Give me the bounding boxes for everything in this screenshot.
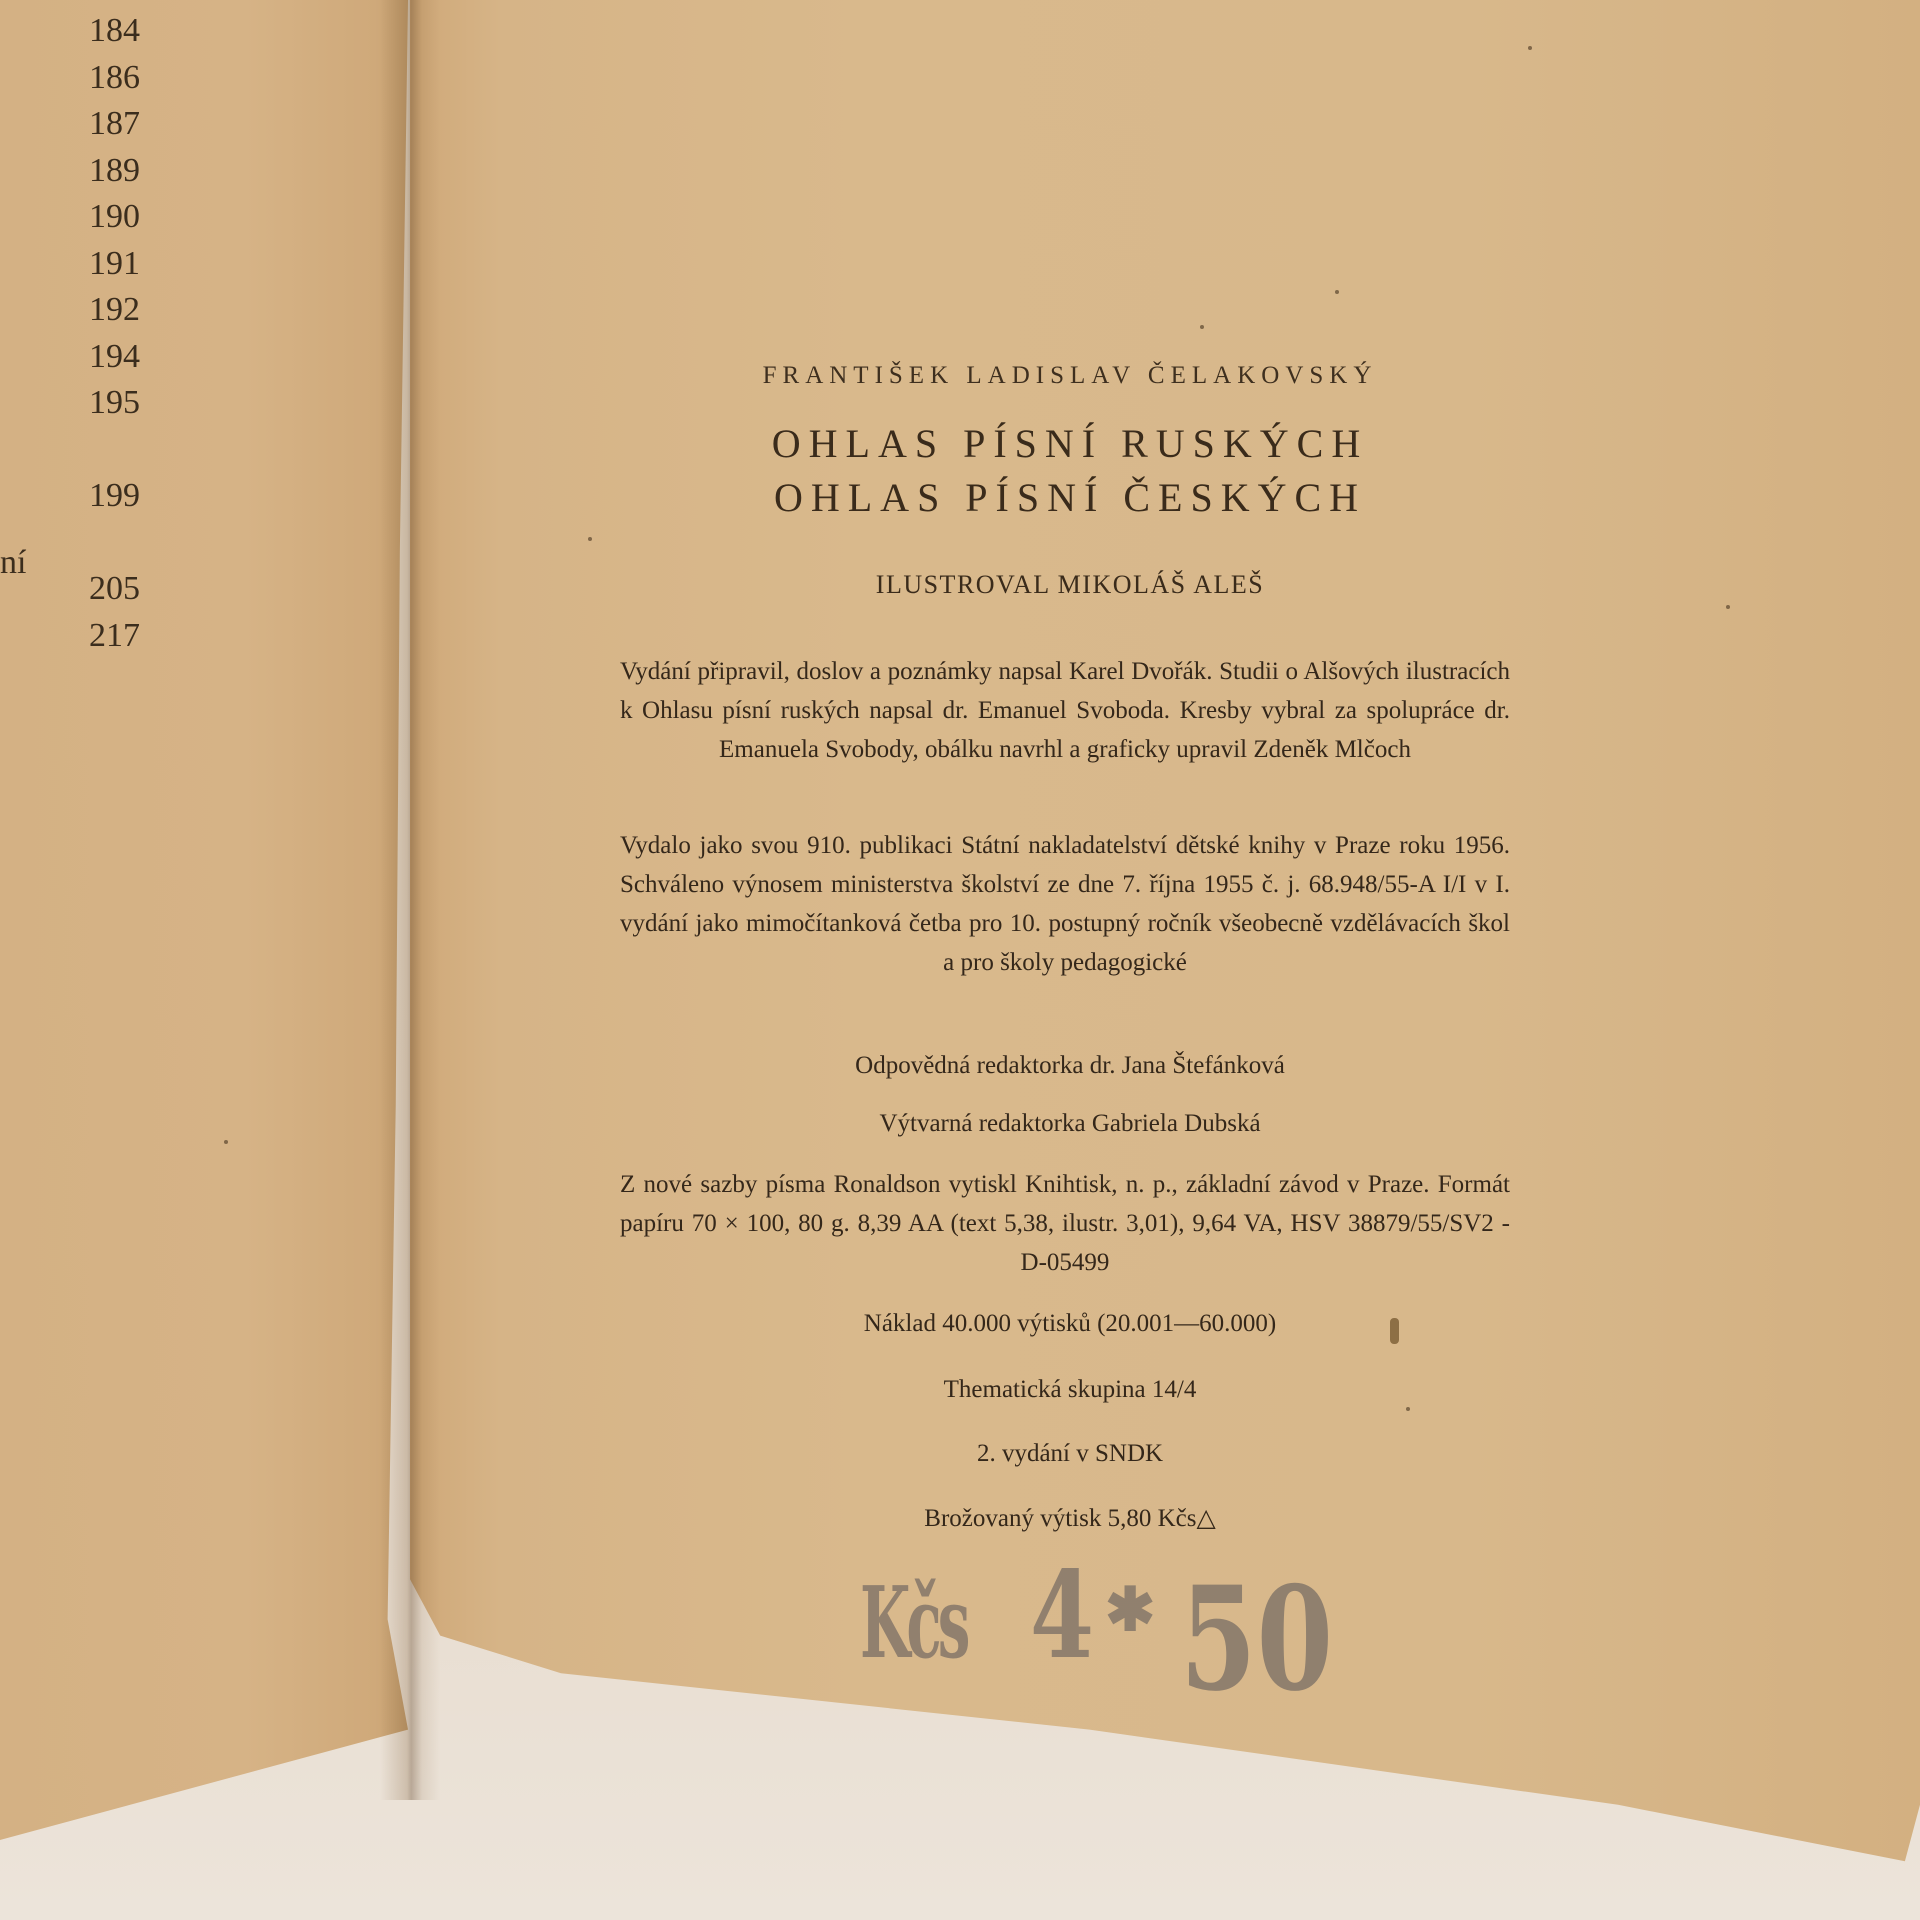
print-run: Náklad 40.000 výtisků (20.001—60.000) bbox=[600, 1310, 1540, 1338]
toc-page-number: 191 bbox=[0, 241, 140, 288]
book-title-line-1: OHLAS PÍSNÍ RUSKÝCH bbox=[600, 420, 1540, 467]
responsible-editor: Odpovědná redaktorka dr. Jana Štefánková bbox=[600, 1052, 1540, 1080]
stamp-whole: 4 bbox=[1030, 1545, 1094, 1685]
author-name: FRANTIŠEK LADISLAV ČELAKOVSKÝ bbox=[600, 362, 1540, 390]
toc-page-number: 190 bbox=[0, 194, 140, 241]
credits-paragraph: Vydání připravil, doslov a poznámky naps… bbox=[620, 652, 1510, 769]
edition: 2. vydání v SNDK bbox=[600, 1440, 1540, 1468]
book-title-line-2: OHLAS PÍSNÍ ČESKÝCH bbox=[600, 474, 1540, 521]
toc-page-number: 189 bbox=[0, 148, 140, 195]
left-page: 184 186 187 189 190 191 192 194 195 199 … bbox=[0, 0, 408, 1840]
book-gutter-shadow bbox=[380, 0, 440, 1800]
paper-speck bbox=[1528, 46, 1532, 50]
publisher-paragraph: Vydalo jako svou 910. publikaci Státní n… bbox=[620, 826, 1510, 982]
toc-page-number: 192 bbox=[0, 287, 140, 334]
price: Brožovaný výtisk 5,80 Kčs△ bbox=[600, 1503, 1540, 1533]
price-stamp: Kčs 4 ✱ 50 bbox=[860, 1545, 1320, 1685]
toc-page-number: 194 bbox=[0, 334, 140, 381]
illustrator-credit: ILUSTROVAL MIKOLÁŠ ALEŠ bbox=[600, 570, 1540, 600]
toc-page-number: 217 bbox=[0, 613, 140, 660]
toc-page-number: 184 bbox=[0, 8, 140, 55]
paper-speck bbox=[588, 537, 592, 541]
toc-gap bbox=[0, 427, 140, 474]
paper-speck bbox=[1200, 325, 1204, 329]
toc-page-number: 187 bbox=[0, 101, 140, 148]
colophon: FRANTIŠEK LADISLAV ČELAKOVSKÝ OHLAS PÍSN… bbox=[600, 0, 1540, 1600]
thematic-group: Thematická skupina 14/4 bbox=[600, 1376, 1540, 1404]
toc-page-number: 195 bbox=[0, 380, 140, 427]
paper-smudge bbox=[1390, 1318, 1399, 1344]
stamp-star-icon: ✱ bbox=[1105, 1575, 1155, 1645]
toc-page-number: 186 bbox=[0, 55, 140, 102]
toc-page-number: 199 bbox=[0, 473, 140, 520]
stamp-fraction: 50 bbox=[1180, 1555, 1333, 1723]
paper-speck bbox=[224, 1140, 228, 1144]
paper-speck bbox=[1335, 290, 1339, 294]
paper-speck bbox=[1406, 1407, 1410, 1411]
paper-speck bbox=[1726, 605, 1730, 609]
toc-cut-off-text: ní bbox=[0, 540, 26, 587]
printing-paragraph: Z nové sazby písma Ronaldson vytiskl Kni… bbox=[620, 1165, 1510, 1282]
stamp-currency: Kčs bbox=[860, 1565, 966, 1681]
art-editor: Výtvarná redaktorka Gabriela Dubská bbox=[600, 1110, 1540, 1138]
